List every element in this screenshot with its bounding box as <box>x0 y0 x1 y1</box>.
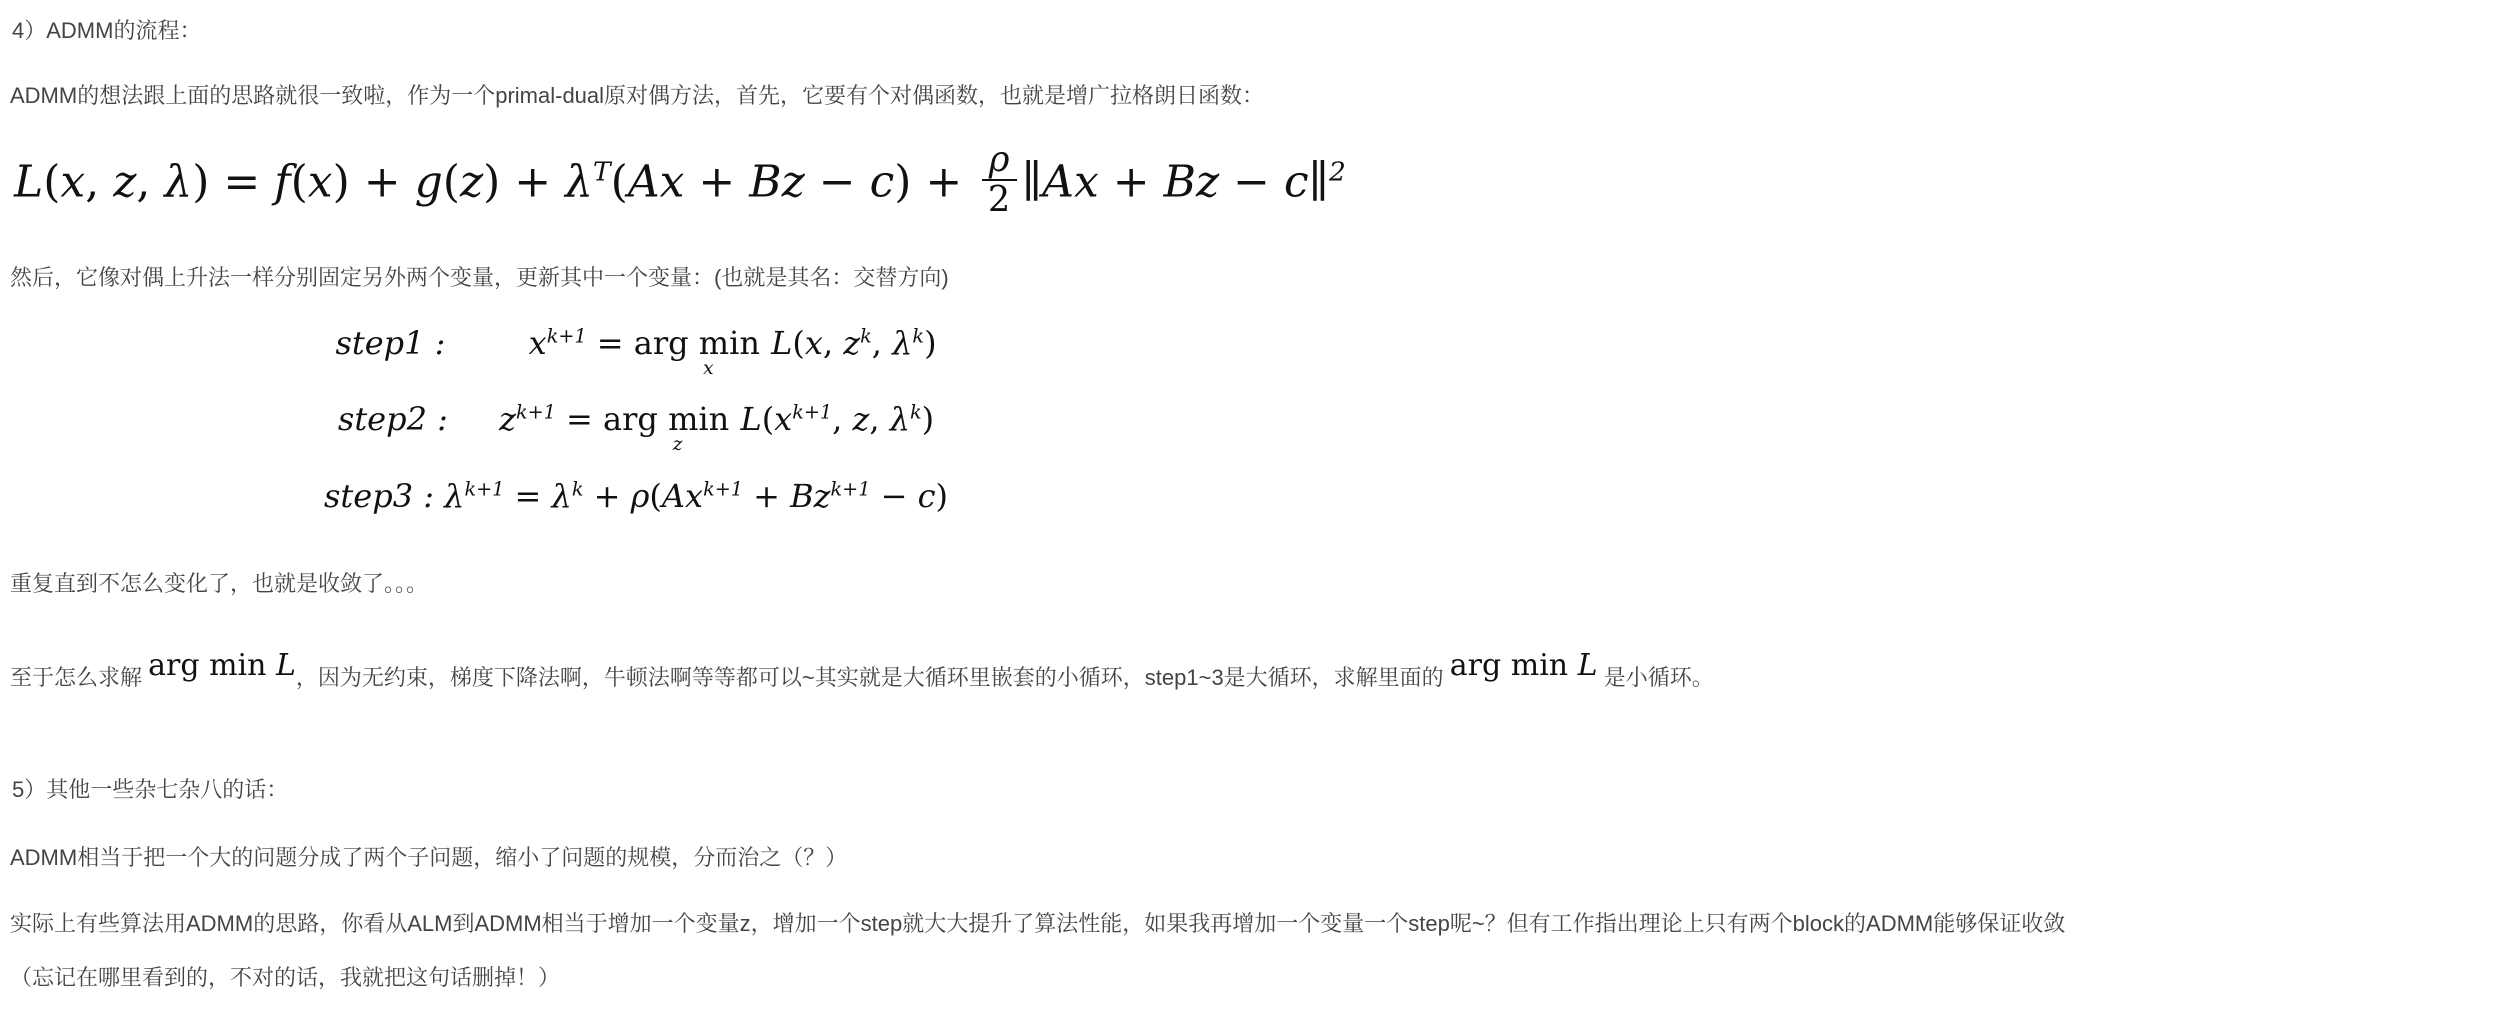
paragraph-final-line1: 实际上有些算法用ADMM的思路，你看从ALM到ADMM相当于增加一个变量z，增加… <box>10 909 2065 939</box>
paragraph-alternate: 然后，它像对偶上升法一样分别固定另外两个变量，更新其中一个变量：(也就是其名：交… <box>10 263 949 293</box>
argmin-operator: arg minx <box>634 327 760 378</box>
argmin-text-post: 是小循环。 <box>1598 665 1714 690</box>
augmented-lagrangian-formula: L(x, z, λ) = f(x) + g(z) + λT(Ax + Bz − … <box>14 146 1346 224</box>
step3-formula: step3 : λk+1 = λk + ρ(Axk+1 + Bzk+1 − c) <box>0 477 1272 515</box>
section-heading-4: 4）ADMM的流程： <box>12 16 201 46</box>
section-heading-5: 5）其他一些杂七杂八的话： <box>12 775 288 805</box>
argmin-text-pre: 至于怎么求解 <box>10 665 148 690</box>
article-page: 4）ADMM的流程： ADMM的想法跟上面的思路就很一致啦，作为一个primal… <box>0 0 2511 1013</box>
paragraph-final-line2: （忘记在哪里看到的，不对的话，我就把这句话删掉！） <box>10 963 560 993</box>
argmin-inline-formula-2: arg min L <box>1450 648 1598 683</box>
argmin-text-mid: ，因为无约束，梯度下降法啊，牛顿法啊等等都可以~其实就是大循环里嵌套的小循环，s… <box>296 665 1450 690</box>
paragraph-intro: ADMM的想法跟上面的思路就很一致啦，作为一个primal-dual原对偶方法，… <box>10 81 1264 111</box>
argmin-operator: arg minz <box>603 403 729 454</box>
step1-formula: step1 :xk+1 = arg minxL(x, zk, λk) <box>0 324 1272 378</box>
paragraph-argmin: 至于怎么求解 arg min L，因为无约束，梯度下降法啊，牛顿法啊等等都可以~… <box>10 651 1714 693</box>
paragraph-repeat: 重复直到不怎么变化了，也就是收敛了。。。 <box>10 569 428 599</box>
fraction: ρ2 <box>982 142 1017 220</box>
argmin-inline-formula-1: arg min L <box>148 648 296 683</box>
step2-formula: step2 :zk+1 = arg minzL(xk+1, z, λk) <box>0 400 1272 454</box>
paragraph-divide: ADMM相当于把一个大的问题分成了两个子问题，缩小了问题的规模，分而治之（？） <box>10 843 847 873</box>
